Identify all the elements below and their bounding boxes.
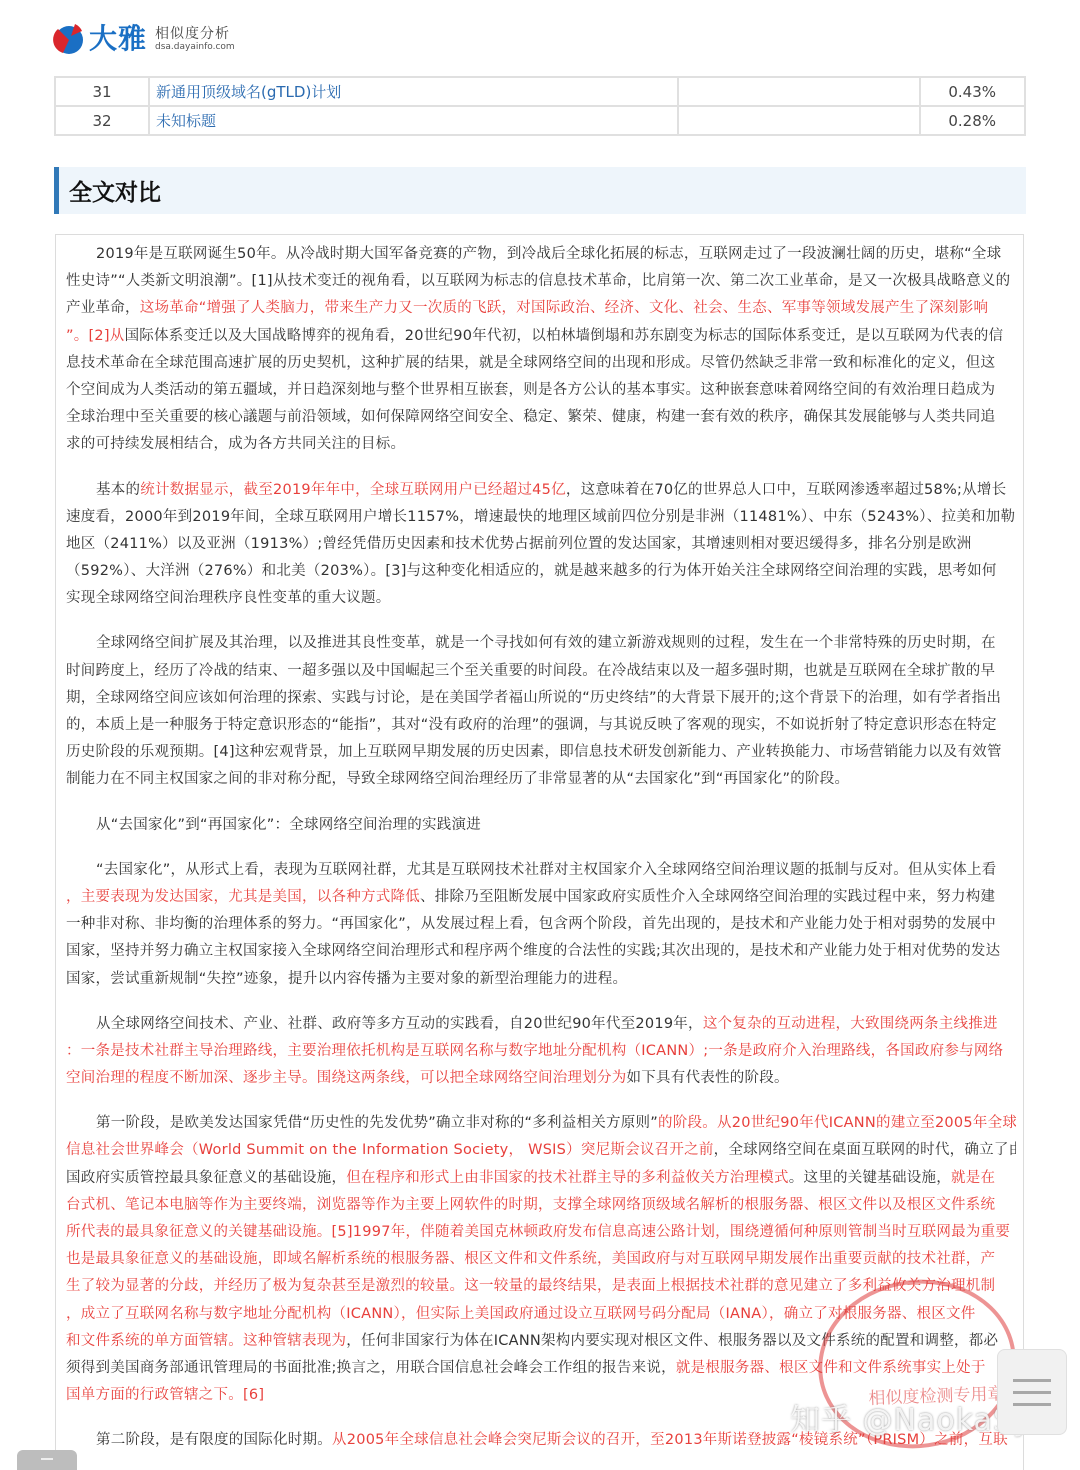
text-line: 期，全球网络空间应该如何治理的探索、实践与讨论，是在美国学者福山所说的“历史终结… <box>66 685 1016 712</box>
matched-text-span: ，成立了互联网名称与数字地址分配机构（ICANN），但实际上美国政府通过设立互联… <box>66 1306 975 1322</box>
original-text-span: ，任何非国家行为体在ICANN架构内要实现对根区文件、根服务器以及文件系统的配置… <box>346 1333 998 1349</box>
row-index: 32 <box>55 106 149 135</box>
text-line: ，主要表现为发达国家，尤其是美国，以各种方式降低、排除乃至阻断发展中国家政府实质… <box>66 884 1016 911</box>
hamburger-line <box>1013 1391 1051 1394</box>
original-text-span: 国家，尝试重新规制“失控”迹象，提升以内容传播为主要对象的新型治理能力的进程。 <box>66 971 627 987</box>
matched-text-span: ，主要表现为发达国家，尤其是美国，以各种方式降低 <box>66 889 420 905</box>
matched-text-span: 国单方面的行政管辖之下。[6] <box>66 1387 264 1403</box>
original-text-span: 求的可持续发展相结合，成为各方共同关注的目标。 <box>66 436 405 452</box>
text-line: 的，本质上是一种服务于特定意识形态的“能指”，其对“没有政府的治理”的强调，与其… <box>66 712 1016 739</box>
paragraph-gap <box>66 839 1016 857</box>
matched-text-span: ”。[2]从 <box>66 328 125 344</box>
brand-name: 大雅 <box>89 23 147 55</box>
text-line: 从“去国家化”到“再国家化”：全球网络空间治理的实践演进 <box>66 812 1016 839</box>
matched-text-span: 统计数据显示，截至2019年年中，全球互联网用户已经超过45亿 <box>140 482 566 498</box>
text-line: 生了较为显著的分歧，并经历了极为复杂甚至是激烈的较量。这一较量的最终结果，是表面… <box>66 1273 1016 1300</box>
text-line: 国政府实质管控最具象征意义的基础设施，但在程序和形式上由非国家的技术社群主导的多… <box>66 1165 1016 1192</box>
section-heading: 全文对比 <box>54 167 1026 214</box>
back-to-top-button[interactable] <box>17 1450 77 1470</box>
text-line: 求的可持续发展相结合，成为各方共同关注的目标。 <box>66 431 1016 458</box>
original-text-span: 第一阶段，是欧美发达国家凭借“历史性的先发优势”确立非对称的“多利益相关方原则” <box>96 1115 658 1131</box>
original-text-span: 国家，坚持并努力确立主权国家接入全球网络空间治理形式和程序两个维度的合法性的实践… <box>66 943 1000 959</box>
row-index: 31 <box>55 77 149 106</box>
original-text-span: 性史诗”“人类新文明浪潮”。[1]从技术变迁的视角看，以互联网为标志的信息技术革… <box>66 273 1010 289</box>
text-line: （592%）、大洋洲（276%）和北美（203%）。[3]与这种变化相适应的，就… <box>66 558 1016 585</box>
original-text-span: 速度看，2000年到2019年间，全球互联网用户增长1157%，增速最快的地理区… <box>66 509 1016 525</box>
text-line: 性史诗”“人类新文明浪潮”。[1]从技术变迁的视角看，以互联网为标志的信息技术革… <box>66 268 1016 295</box>
original-text-span: 时间跨度上，经历了冷战的结束、一超多强以及中国崛起三个至关重要的时间段。在冷战结… <box>66 663 995 679</box>
original-text-span: 地区（2411%）以及亚洲（1913%）;曾经凭借历史因素和技术优势占据前列位置… <box>66 536 972 552</box>
text-line: ：一条是技术社群主导治理路线，主要治理依托机构是互联网名称与数字地址分配机构（I… <box>66 1038 1016 1065</box>
text-line: 国家，坚持并努力确立主权国家接入全球网络空间治理形式和程序两个维度的合法性的实践… <box>66 938 1016 965</box>
source-title-link[interactable]: 新通用顶级域名(gTLD)计划 <box>149 77 678 106</box>
original-text-span: 。这里的关键基础设施， <box>789 1170 951 1186</box>
text-line: 一种非对称、非均衡的治理体系的努力。“再国家化”，从发展过程上看，包含两个阶段，… <box>66 911 1016 938</box>
text-line: 个空间成为人类活动的第五疆域，并日趋深刻地与整个世界相互嵌套，则是各方公认的基本… <box>66 377 1016 404</box>
text-line: ，成立了互联网名称与数字地址分配机构（ICANN），但实际上美国政府通过设立互联… <box>66 1301 1016 1328</box>
original-text-span: 全球治理中至关重要的核心議题与前沿领域，如何保障网络空间安全、稳定、繁荣、健康，… <box>66 409 995 425</box>
full-text-comparison-panel: 2019年是互联网诞生50年。从冷战时期大国军备竞赛的产物，到冷战后全球化拓展的… <box>55 234 1024 1470</box>
text-line: 全球治理中至关重要的核心議题与前沿领域，如何保障网络空间安全、稳定、繁荣、健康，… <box>66 404 1016 431</box>
matched-text-span: 就是根服务器、根区文件和文件系统事实上处于 <box>676 1360 986 1376</box>
table-row: 31 新通用顶级域名(gTLD)计划 0.43% <box>55 77 1025 106</box>
original-text-span: 2019年是互联网诞生50年。从冷战时期大国军备竞赛的产物，到冷战后全球化拓展的… <box>96 246 1001 262</box>
original-text-span: （592%）、大洋洲（276%）和北美（203%）。[3]与这种变化相适应的，就… <box>66 563 997 579</box>
paragraph-gap <box>66 612 1016 630</box>
source-extra <box>678 106 920 135</box>
matched-text-span: 也是最具象征意义的基础设施，即域名解析系统的根服务器、根区文件和文件系统，美国政… <box>66 1251 995 1267</box>
original-text-span: 如下具有代表性的阶段。 <box>627 1070 789 1086</box>
original-text-span: 息技术革命在全球范围高速扩展的历史契机，这种扩展的结果，就是全球网络空间的出现和… <box>66 355 995 371</box>
matched-text-span: 这个复杂的互动进程，大致围绕两条主线推进 <box>703 1016 998 1032</box>
original-text-span: 期，全球网络空间应该如何治理的探索、实践与讨论，是在美国学者福山所说的“历史终结… <box>66 690 1001 706</box>
hamburger-line <box>1013 1403 1051 1406</box>
text-line: 也是最具象征意义的基础设施，即域名解析系统的根服务器、根区文件和文件系统，美国政… <box>66 1246 1016 1273</box>
text-line: 国家，尝试重新规制“失控”迹象，提升以内容传播为主要对象的新型治理能力的进程。 <box>66 966 1016 993</box>
text-line: 产业革命，这场革命“增强了人类脑力，带来生产力又一次质的飞跃，对国际政治、经济、… <box>66 295 1016 322</box>
source-title-link[interactable]: 未知标题 <box>149 106 678 135</box>
original-text-span: 一种非对称、非均衡的治理体系的努力。“再国家化”，从发展过程上看，包含两个阶段，… <box>66 916 996 932</box>
original-text-span: 、排除乃至阻断发展中国家政府实质性介入全球网络空间治理的实践过程中来，努力构建 <box>420 889 995 905</box>
section-title: 全文对比 <box>69 174 161 207</box>
text-line: 息技术革命在全球范围高速扩展的历史契机，这种扩展的结果，就是全球网络空间的出现和… <box>66 350 1016 377</box>
matched-text-span: 就是在 <box>951 1170 995 1186</box>
similarity-source-table: 31 新通用顶级域名(gTLD)计划 0.43% 32 未知标题 0.28% <box>54 76 1026 136</box>
text-line: 基本的统计数据显示，截至2019年年中，全球互联网用户已经超过45亿，这意味着在… <box>66 477 1016 504</box>
matched-text-span: 这场革命“增强了人类脑力，带来生产力又一次质的飞跃，对国际政治、经济、文化、社会… <box>140 300 989 316</box>
text-line: 须得到美国商务部通讯管理局的书面批准;换言之，用联合国信息社会峰会工作组的报告来… <box>66 1355 1016 1382</box>
matched-text-span: 的阶段。从20世纪90年代ICANN的建立至2005年全球 <box>658 1115 1016 1131</box>
source-extra <box>678 77 920 106</box>
original-text-span: 制能力在不同主权国家之间的非对称分配，导致全球网络空间治理经历了非常显著的从“去… <box>66 771 849 787</box>
paragraph-gap <box>66 993 1016 1011</box>
text-line: 空间治理的程度不断加深、逐步主导。围绕这两条线，可以把全球网络空间治理划分为如下… <box>66 1065 1016 1092</box>
text-line: 制能力在不同主权国家之间的非对称分配，导致全球网络空间治理经历了非常显著的从“去… <box>66 766 1016 793</box>
text-line: “去国家化”，从形式上看，表现为互联网社群，尤其是互联网技术社群对主权国家介入全… <box>66 857 1016 884</box>
original-text-span: 国政府实质管控最具象征意义的基础设施， <box>66 1170 346 1186</box>
similarity-percent: 0.43% <box>920 77 1025 106</box>
text-line: 历史阶段的乐观预期。[4]这种宏观背景，加上互联网早期发展的历史因素，即信息技术… <box>66 739 1016 766</box>
paragraph-gap <box>66 459 1016 477</box>
matched-text-span: 生了较为显著的分歧，并经历了极为复杂甚至是激烈的较量。这一较量的最终结果，是表面… <box>66 1278 995 1294</box>
text-line: 信息社会世界峰会（World Summit on the Information… <box>66 1137 1016 1164</box>
text-line: 地区（2411%）以及亚洲（1913%）;曾经凭借历史因素和技术优势占据前列位置… <box>66 531 1016 558</box>
site-url: dsa.dayainfo.com <box>155 43 235 52</box>
original-text-span: 历史阶段的乐观预期。[4]这种宏观背景，加上互联网早期发展的历史因素，即信息技术… <box>66 744 1002 760</box>
text-line: 和文件系统的单方面管辖。这种管辖表现为，任何非国家行为体在ICANN架构内要实现… <box>66 1328 1016 1355</box>
minus-icon <box>41 1458 53 1460</box>
matched-text-span: 台式机、笔记本电脑等作为主要终端，浏览器等作为主要上网软件的时期，支撑全球网络顶… <box>66 1197 995 1213</box>
logo-pie-icon <box>53 23 85 55</box>
table-row: 32 未知标题 0.28% <box>55 106 1025 135</box>
text-line: 时间跨度上，经历了冷战的结束、一超多强以及中国崛起三个至关重要的时间段。在冷战结… <box>66 658 1016 685</box>
text-line: 第一阶段，是欧美发达国家凭借“历史性的先发优势”确立非对称的“多利益相关方原则”… <box>66 1110 1016 1137</box>
hamburger-menu-icon <box>1013 1379 1051 1382</box>
text-line: ”。[2]从国际体系变迁以及大国战略博弈的视角看，20世纪90年代初，以柏林墙倒… <box>66 323 1016 350</box>
matched-text-span: 空间治理的程度不断加深、逐步主导。围绕这两条线，可以把全球网络空间治理划分为 <box>66 1070 627 1086</box>
original-text-span: ，全球网络空间在桌面互联网的时代，确立了由美 <box>714 1142 1016 1158</box>
paragraph-gap <box>66 1092 1016 1110</box>
original-text-span: ，这意味着在70亿的世界总人口中，互联网渗透率超过58%;从增长 <box>566 482 1007 498</box>
original-text-span: 须得到美国商务部通讯管理局的书面批准;换言之，用联合国信息社会峰会工作组的报告来… <box>66 1360 676 1376</box>
text-line: 从全球网络空间技术、产业、社群、政府等多方互动的实践看，自20世纪90年代至20… <box>66 1011 1016 1038</box>
similarity-percent: 0.28% <box>920 106 1025 135</box>
original-text-span: 从全球网络空间技术、产业、社群、政府等多方互动的实践看，自20世纪90年代至20… <box>96 1016 703 1032</box>
text-line: 所代表的最具象征意义的关键基础设施。[5]1997年，伴随着美国克林顿政府发布信… <box>66 1219 1016 1246</box>
matched-text-span: 但在程序和形式上由非国家的技术社群主导的多利益攸关方治理模式 <box>346 1170 789 1186</box>
matched-text-span: 所代表的最具象征意义的关键基础设施。[5]1997年，伴随着美国克林顿政府发布信… <box>66 1224 1010 1240</box>
original-text-span: 从“去国家化”到“再国家化”：全球网络空间治理的实践演进 <box>96 817 481 833</box>
text-line: 2019年是互联网诞生50年。从冷战时期大国军备竞赛的产物，到冷战后全球化拓展的… <box>66 241 1016 268</box>
original-text-span: 产业革命， <box>66 300 140 316</box>
matched-text-span: ：一条是技术社群主导治理路线，主要治理依托机构是互联网名称与数字地址分配机构（I… <box>66 1043 1003 1059</box>
document-text: 2019年是互联网诞生50年。从冷战时期大国军备竞赛的产物，到冷战后全球化拓展的… <box>66 241 1016 1455</box>
original-text-span: 实现全球网络空间治理秩序良性变革的重大议题。 <box>66 590 391 606</box>
product-name: 相似度分析 <box>155 27 235 41</box>
text-line: 全球网络空间扩展及其治理，以及推进其良性变革，就是一个寻找如何有效的建立新游戏规… <box>66 630 1016 657</box>
original-text-span: 的，本质上是一种服务于特定意识形态的“能指”，其对“没有政府的治理”的强调，与其… <box>66 717 997 733</box>
original-text-span: 第二阶段，是有限度的国际化时期。 <box>96 1432 332 1448</box>
original-text-span: “去国家化”，从形式上看，表现为互联网社群，尤其是互联网技术社群对主权国家介入全… <box>96 862 997 878</box>
text-line: 实现全球网络空间治理秩序良性变革的重大议题。 <box>66 585 1016 612</box>
text-line: 台式机、笔记本电脑等作为主要终端，浏览器等作为主要上网软件的时期，支撑全球网络顶… <box>66 1192 1016 1219</box>
floating-menu-button[interactable] <box>997 1349 1067 1435</box>
dayainfo-logo: 大雅 相似度分析 dsa.dayainfo.com <box>53 20 235 58</box>
matched-text-span: 和文件系统的单方面管辖。这种管辖表现为 <box>66 1333 346 1349</box>
original-text-span: 国际体系变迁以及大国战略博弈的视角看，20世纪90年代初，以柏林墙倒塌和苏东剧变… <box>125 328 1004 344</box>
original-text-span: 个空间成为人类活动的第五疆域，并日趋深刻地与整个世界相互嵌套，则是各方公认的基本… <box>66 382 995 398</box>
text-line: 速度看，2000年到2019年间，全球互联网用户增长1157%，增速最快的地理区… <box>66 504 1016 531</box>
matched-text-span: 信息社会世界峰会（World Summit on the Information… <box>66 1142 714 1158</box>
original-text-span: 基本的 <box>96 482 140 498</box>
paragraph-gap <box>66 794 1016 812</box>
original-text-span: 全球网络空间扩展及其治理，以及推进其良性变革，就是一个寻找如何有效的建立新游戏规… <box>96 635 996 651</box>
